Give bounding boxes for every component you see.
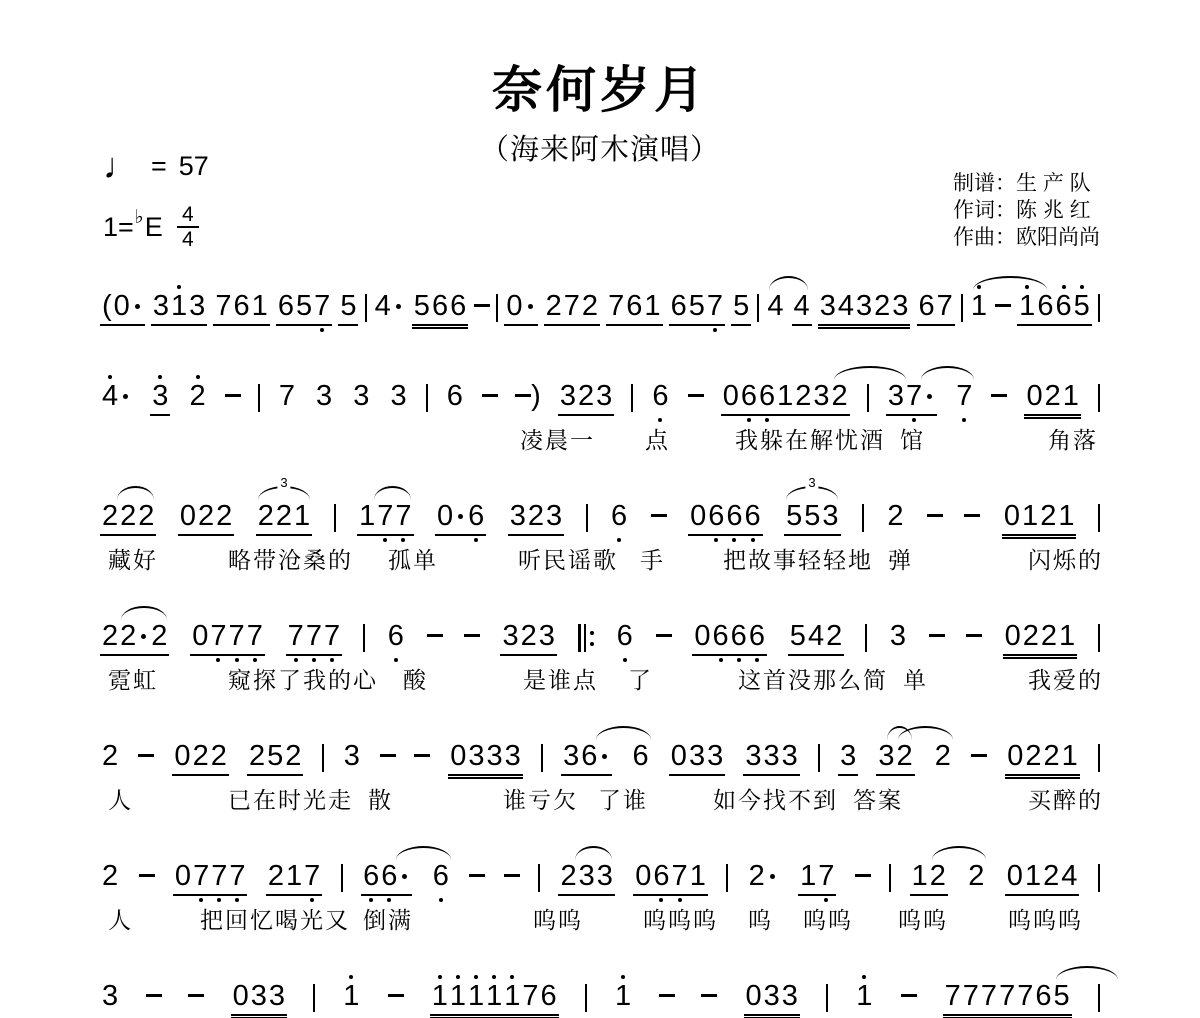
note-digit: 2 [151,622,167,651]
note-digit: 3 [820,292,836,321]
note-digit: 5 [804,502,820,531]
dash-mark [995,304,1011,307]
repeat-start-icon [578,624,594,652]
note-digit: 6 [611,502,627,531]
barline [541,742,543,772]
note-digit: 6 [626,292,642,321]
note-digit: 5 [340,292,356,321]
barline-mark [538,864,540,892]
lyric-text: 呜呜 [803,902,853,935]
note-group: 5 [731,292,751,326]
barline [1098,622,1100,652]
note-digit: 7 [215,292,231,321]
note-digit: 3 [487,742,503,771]
note-digit: 3 [782,982,798,1011]
dash-note [146,982,162,997]
note-digit: 6 [381,862,397,891]
note-digit: 0 [175,862,191,891]
lyric-text: 听民谣歌 [518,542,618,575]
note-digit: 6 [741,382,757,411]
note-digit: 7 [672,862,688,891]
note-group: 217 [266,862,322,896]
barline [538,862,540,892]
barline-mark [1098,984,1100,1012]
note-word: 4 [765,292,785,324]
note-word: 761 [606,292,662,326]
note-digit: 6 [1035,982,1051,1011]
note-word: 1665 [1017,292,1092,326]
note-digit: 0 [1007,742,1023,771]
note-digit: 4 [838,292,854,321]
note-word: 2 [100,862,120,894]
note-group: 06 [435,502,486,536]
note-digit: 6 [671,292,687,321]
octave-dot-down [320,328,324,332]
note-word: 2 [933,742,953,774]
octave-dot-up [1080,285,1084,289]
note-digit: 5 [1053,982,1069,1011]
note-digit: 6 [278,292,294,321]
note-word: 1 [969,292,989,324]
note-word: 221 [256,502,312,536]
lyric-text: 人 [108,782,133,815]
note-word: (0 [100,292,145,326]
note-group: 022 [172,742,228,776]
note-word: 3 [838,742,858,776]
note-group: 3 [351,382,371,414]
octave-dot-up [492,975,496,979]
augmentation-dot [396,304,401,309]
octave-dot-up [456,975,460,979]
lyric-text: 霓虹 [108,662,158,695]
note-word: 657 [276,292,332,326]
note-digit: 3 [764,742,780,771]
lyric-text: 略带沧桑的 [228,542,353,575]
note-digit: 3 [597,862,613,891]
note-group: 313 [151,292,207,326]
note-group: 6 [650,382,670,414]
note-digit: 4 [767,292,783,321]
note-digit: 6 [652,382,668,411]
note-digit: 7 [522,982,538,1011]
note-digit: 3 [468,742,484,771]
note-digit: 2 [874,292,890,321]
note-group: 033 [231,982,287,1016]
note-digit: 1 [432,982,448,1011]
lyric-text: 人 [108,902,133,935]
dash-note [482,382,498,397]
note-word: 34323 [818,292,911,326]
note-digit: 3 [560,382,576,411]
note-digit: 1 [504,982,520,1011]
note-word: 4 [792,292,812,326]
note-group: 1665 [1017,292,1092,326]
dash-note [188,982,204,997]
triplet-number: 3 [277,476,290,489]
note-digit: 3 [563,742,579,771]
note-word: 0333 [448,742,523,776]
barline [826,982,828,1012]
note-word: 2 [885,502,905,534]
note-group: 0671 [633,862,708,896]
note-digit: 1 [1062,742,1078,771]
note-digit: 7 [707,292,723,321]
note-word: 06 [435,502,486,536]
note-digit: 3 [890,622,906,651]
lyric-text: 酸 [403,662,428,695]
note-digit: 1 [690,862,706,891]
barline-mark [313,984,315,1012]
note-digit: 6 [581,742,597,771]
score-line-5: 20222523033336603333333220221人已在时光走散谁亏欠了… [100,728,1100,776]
note-digit: 2 [578,382,594,411]
barline-mark [867,384,869,412]
note-digit: 2 [1045,382,1061,411]
note-word: 2 [966,862,986,894]
note-digit: 2 [216,502,232,531]
note-group: 0333 [448,742,523,776]
dash-mark [188,994,204,997]
dash-mark [138,754,154,757]
note-digit: 6 [653,862,669,891]
note-word: 7777765 [943,982,1072,1016]
note-group: 761 [213,292,269,326]
note-digit: 7 [210,622,226,651]
note-digit: 3 [689,742,705,771]
note-group: 3 [100,982,120,1014]
note-group: 0 [504,292,537,326]
note-digit: 1 [359,502,375,531]
note-digit: 7 [314,292,330,321]
note-digit: 1 [644,292,660,321]
note-digit: 1 [912,862,928,891]
barline [865,622,867,652]
dash-mark [504,874,520,877]
lyric-text: 呜呜呜 [1008,902,1083,935]
note-word: 566 [412,292,468,326]
note-word: 222 [100,622,169,656]
note-digit: 3 [505,742,521,771]
note-digit: 0 [180,502,196,531]
note-digit: 2 [138,502,154,531]
note-word: 542 [788,622,844,656]
dash-mark [966,634,982,637]
note-group: 0777 [173,862,248,896]
note-word: 313 [151,292,207,326]
lyric-text: 我躲在解忧酒 [735,422,885,455]
barline-mark [1098,864,1100,892]
dash-note [701,982,717,997]
lyric-text: 把故事轻轻地 [723,542,873,575]
notation-row: 22202222117706323606665532012133 [100,488,1100,536]
note-digit: 0 [1005,622,1021,651]
note-word: 3 [388,382,408,414]
dash-note [139,862,155,877]
note-word: 36 [561,742,612,776]
barline [1098,292,1100,322]
note-digit: 7 [229,622,245,651]
note-digit: 0 [690,502,706,531]
note-digit: 1 [1058,502,1074,531]
lyrics-row: 人把回忆喝光又倒满呜呜呜呜呜呜呜呜呜呜呜呜呜 [100,902,1100,932]
barline [313,982,315,1012]
note-digit: 7 [306,622,322,651]
note-digit: 2 [968,862,984,891]
note-group: 6 [445,382,465,414]
augmentation-dot [770,874,775,879]
octave-dot-up [474,975,478,979]
note-word: 252 [247,742,303,776]
note-digit: 3 [745,742,761,771]
dash-mark [474,304,490,307]
barline [322,742,324,772]
note-group: 6 [615,622,635,654]
dash-mark [991,394,1007,397]
score-line-2: 43273336)32360661232377021凌晨一点我躲在解忧酒馆角落 [100,368,1100,416]
note-digit: 1 [294,502,310,531]
note-group: 0666 [688,502,763,536]
lyric-text: 谁亏欠 [503,782,578,815]
note-digit: 2 [546,292,562,321]
note-digit: 3 [546,502,562,531]
note-word: 2 [747,862,780,894]
note-digit: 6 [388,622,404,651]
note-group: 17 [798,862,836,896]
lyric-text: 倒满 [363,902,413,935]
note-word: 66 [361,862,412,896]
note-word: 0666 [692,622,767,656]
barline [889,862,891,892]
note-digit: 2 [120,502,136,531]
barline-mark [586,504,588,532]
lyric-text: 是谁点 [523,662,598,695]
dash-note [971,742,987,757]
note-word: 0221 [1005,742,1080,776]
note-word: 3 [351,382,371,414]
octave-dot-up [510,975,514,979]
note-digit: 6 [363,862,379,891]
barline-mark [496,294,498,322]
score-sheet: (031376165754566027276165754434323671166… [100,0,1100,1018]
slur-tie-arc [117,486,154,500]
note-word: 222 [100,502,156,536]
barline-mark [322,744,324,772]
note-digit: 6 [468,502,484,531]
note-digit: 3 [316,382,332,411]
note-word: 033 [231,982,287,1016]
note-digit: 7 [945,982,961,1011]
octave-dot-up [438,975,442,979]
note-group: (0 [100,292,145,326]
note-digit: 1 [1022,502,1038,531]
note-digit: 0 [174,742,190,771]
note-digit: 2 [1043,742,1059,771]
barline-mark [1098,624,1100,652]
note-digit: 5 [296,292,312,321]
note-digit: 0 [506,292,522,321]
lyric-text: 孤单 [388,542,438,575]
barline-mark [585,984,587,1012]
lyric-text: 闪烁的 [1028,542,1103,575]
note-word: 021 [1024,382,1080,416]
note-digit: 7 [324,622,340,651]
dash-note [855,862,871,877]
note-digit: 1 [971,292,987,321]
note-digit: 5 [414,292,430,321]
note-digit: 2 [832,382,848,411]
barline-mark [334,504,336,532]
note-word: 5 [338,292,358,326]
note-digit: 2 [528,502,544,531]
note-group: 12 [910,862,948,896]
note-word: 217 [266,862,322,896]
note-digit: 3 [764,982,780,1011]
note-word: 6 [609,502,629,534]
note-group: 1 [854,982,874,1014]
notation-row: 43273336)32360661232377021 [100,368,1100,416]
dash-mark [659,994,675,997]
note-word: 6 [650,382,670,414]
dash-note [991,382,1007,397]
note-digit: 7 [229,862,245,891]
note-digit: 7 [981,982,997,1011]
note-digit: 3 [596,382,612,411]
note-digit: 3 [344,742,360,771]
augmentation-dot [927,394,932,399]
note-digit: 3 [152,382,168,411]
dash-note [464,622,480,637]
barline-mark [757,294,759,322]
note-digit: 2 [560,862,576,891]
note-digit: 5 [689,292,705,321]
note-word: 1 [341,982,361,1014]
lyric-text: 呜 [748,902,773,935]
note-digit: 3 [189,292,205,321]
dash-mark [651,514,667,517]
note-digit: 2 [258,502,274,531]
lyric-text: 买醉的 [1028,782,1103,815]
lyric-text: 我爱的 [1028,662,1103,695]
lyrics-row: 藏好略带沧桑的孤单听民谣歌手把故事轻轻地弹闪烁的 [100,542,1100,572]
note-digit: 7 [288,622,304,651]
note-group: 7 [954,382,974,414]
note-digit: 2 [249,742,265,771]
slur-tie-arc [596,726,651,740]
note-digit: 3 [353,382,369,411]
barline [726,862,728,892]
note-group: 222 [100,622,169,656]
note-digit: 1 [777,382,793,411]
dash-mark [464,634,480,637]
note-digit: 0 [1007,862,1023,891]
note-digit: 1 [252,292,268,321]
lyric-text: 藏好 [108,542,158,575]
barline [365,292,367,322]
lyrics-row: 凌晨一点我躲在解忧酒馆角落 [100,422,1100,452]
note-group: 67 [917,292,955,326]
note-word: 777 [286,622,342,656]
note-digit: 2 [1023,622,1039,651]
note-word: 0777 [173,862,248,896]
note-word: 32 [876,742,914,776]
note-word: 6 [445,382,465,414]
dash-mark [414,754,430,757]
octave-dot-down [713,328,717,332]
dash-note [929,622,945,637]
note-word: 333 [743,742,799,776]
note-group: 323 [500,622,556,656]
note-digit: 2 [930,862,946,891]
dash-mark [139,874,155,877]
dash-note [966,622,982,637]
barline [867,382,869,412]
note-digit: 1 [171,292,187,321]
note-group: 553 [784,502,840,536]
dash-note [504,862,520,877]
note-digit: 1 [800,862,816,891]
paren: ( [102,292,112,321]
notation-row: (031376165754566027276165754434323671166… [100,278,1100,326]
dash-note [901,982,917,997]
dash-note [651,502,667,517]
note-digit: 1 [486,982,502,1011]
note-digit: 5 [267,742,283,771]
barline [334,502,336,532]
barline-mark [258,384,260,412]
note-digit: 7 [564,292,580,321]
repeat-start [578,622,594,652]
note-word: 0661232 [721,382,850,416]
note-digit: 0 [635,862,651,891]
dash-mark [964,514,980,517]
barline-mark [865,624,867,652]
note-digit: 2 [102,622,118,651]
dash-mark [701,994,717,997]
note-word: 6 [631,742,651,774]
note-word: 2 [187,382,207,414]
slur-tie-arc [121,606,167,620]
note-digit: 0 [671,742,687,771]
note-group: 66 [361,862,412,896]
octave-dot-up [1062,285,1066,289]
barline-mark [365,294,367,322]
augmentation-dot [402,874,407,879]
note-group: 0121 [1002,502,1077,536]
barline-mark [1098,294,1100,322]
note-group: 2 [100,862,120,894]
barline-mark [961,294,963,322]
note-digit: 3 [707,742,723,771]
note-digit: 7 [608,292,624,321]
note-digit: 3 [502,622,518,651]
note-digit: 0 [1026,382,1042,411]
note-word: 233 [558,862,614,896]
dash-mark [855,874,871,877]
note-group: 7777765 [943,982,1072,1016]
note-digit: 2 [749,862,765,891]
note-word: 17 [798,862,836,896]
note-word: 1 [854,982,874,1014]
note-group: 0124 [1005,862,1080,896]
note-digit: 2 [276,502,292,531]
note-group: 0221 [1003,622,1078,656]
note-word: 6 [431,862,451,894]
lyric-text: 弹 [888,542,913,575]
dash-note [138,742,154,757]
lyric-text: 凌晨一 [520,422,595,455]
note-digit: 6 [1055,292,1071,321]
note-word: 0777 [190,622,265,656]
